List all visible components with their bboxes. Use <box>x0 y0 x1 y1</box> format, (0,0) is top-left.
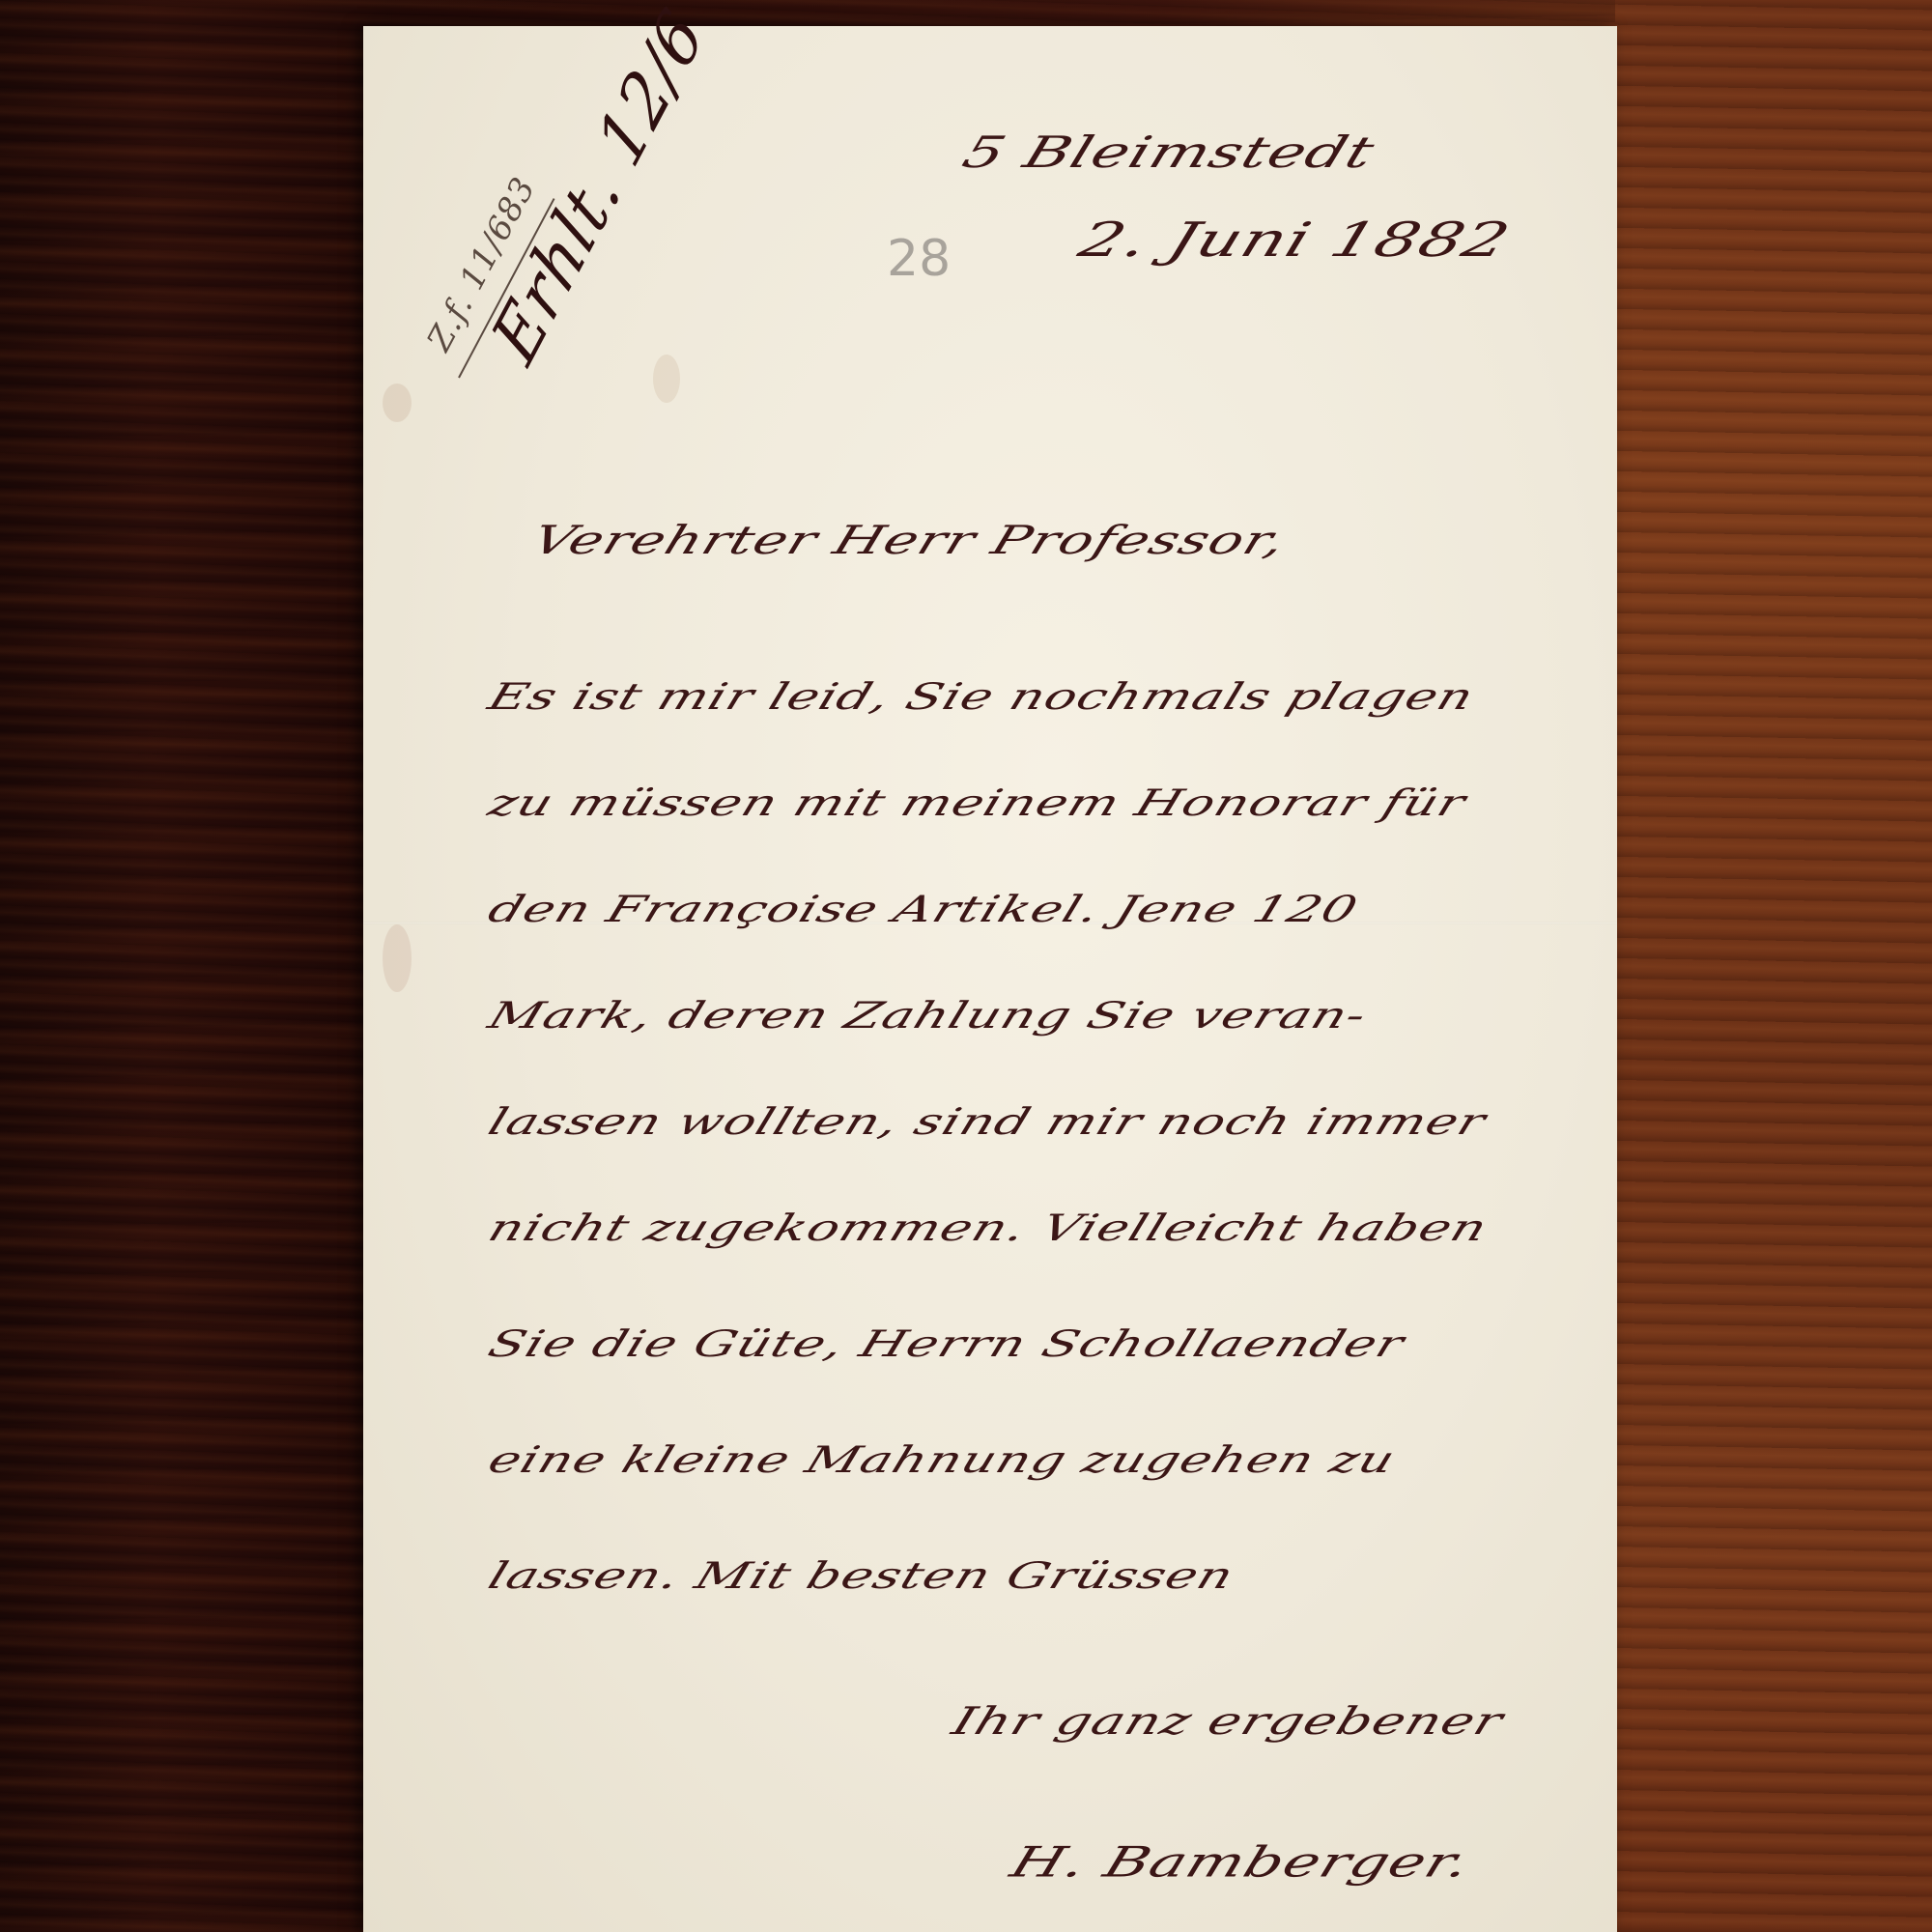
body-line-text: zu müssen mit meinem Honorar für <box>483 781 1471 824</box>
stamp-number: 28 <box>887 230 951 288</box>
signature-text: H. Bamberger. <box>1005 1837 1477 1887</box>
letter-date: 2. Juni 1882 <box>1072 213 1518 268</box>
body-line: zu müssen mit meinem Honorar für <box>483 781 1471 824</box>
wooden-table-right <box>1615 0 1932 1932</box>
letter-place: 5 Bleimstedt <box>956 128 1381 178</box>
body-line: nicht zugekommen. Vielleicht haben <box>483 1207 1493 1249</box>
body-line: eine kleine Mahnung zugehen zu <box>483 1438 1402 1481</box>
body-line-text: lassen wollten, sind mir noch immer <box>483 1100 1492 1143</box>
body-line-text: Sie die Güte, Herrn Schollaender <box>483 1322 1410 1365</box>
body-line: lassen wollten, sind mir noch immer <box>483 1100 1492 1143</box>
body-line-text: nicht zugekommen. Vielleicht haben <box>483 1207 1493 1249</box>
stamp-mark: 28 <box>887 230 954 298</box>
body-line-text: den Françoise Artikel. Jene 120 <box>483 888 1364 930</box>
body-line-text: lassen. Mit besten Grüssen <box>483 1554 1239 1597</box>
body-line-text: Es ist mir leid, Sie nochmals plagen <box>483 675 1480 718</box>
closing-text: Ihr ganz ergebener <box>947 1700 1509 1745</box>
foxing-stain <box>383 924 412 992</box>
date-text: 2. Juni 1882 <box>1072 213 1518 268</box>
body-line: den Françoise Artikel. Jene 120 <box>483 888 1364 930</box>
body-line-text: Mark, deren Zahlung Sie veran- <box>483 994 1373 1037</box>
salutation: Verehrter Herr Professor, <box>526 517 1293 563</box>
place-text: 5 Bleimstedt <box>956 128 1381 178</box>
body-line-text: eine kleine Mahnung zugehen zu <box>483 1438 1402 1481</box>
salutation-text: Verehrter Herr Professor, <box>526 517 1293 563</box>
body-line: lassen. Mit besten Grüssen <box>483 1554 1239 1597</box>
foxing-stain <box>653 355 680 403</box>
body-line: Sie die Güte, Herrn Schollaender <box>483 1322 1410 1365</box>
foxing-stain <box>383 384 412 422</box>
body-line: Es ist mir leid, Sie nochmals plagen <box>483 675 1480 718</box>
signature: H. Bamberger. <box>1005 1837 1477 1887</box>
closing: Ihr ganz ergebener <box>947 1700 1509 1745</box>
body-line: Mark, deren Zahlung Sie veran- <box>483 994 1373 1037</box>
